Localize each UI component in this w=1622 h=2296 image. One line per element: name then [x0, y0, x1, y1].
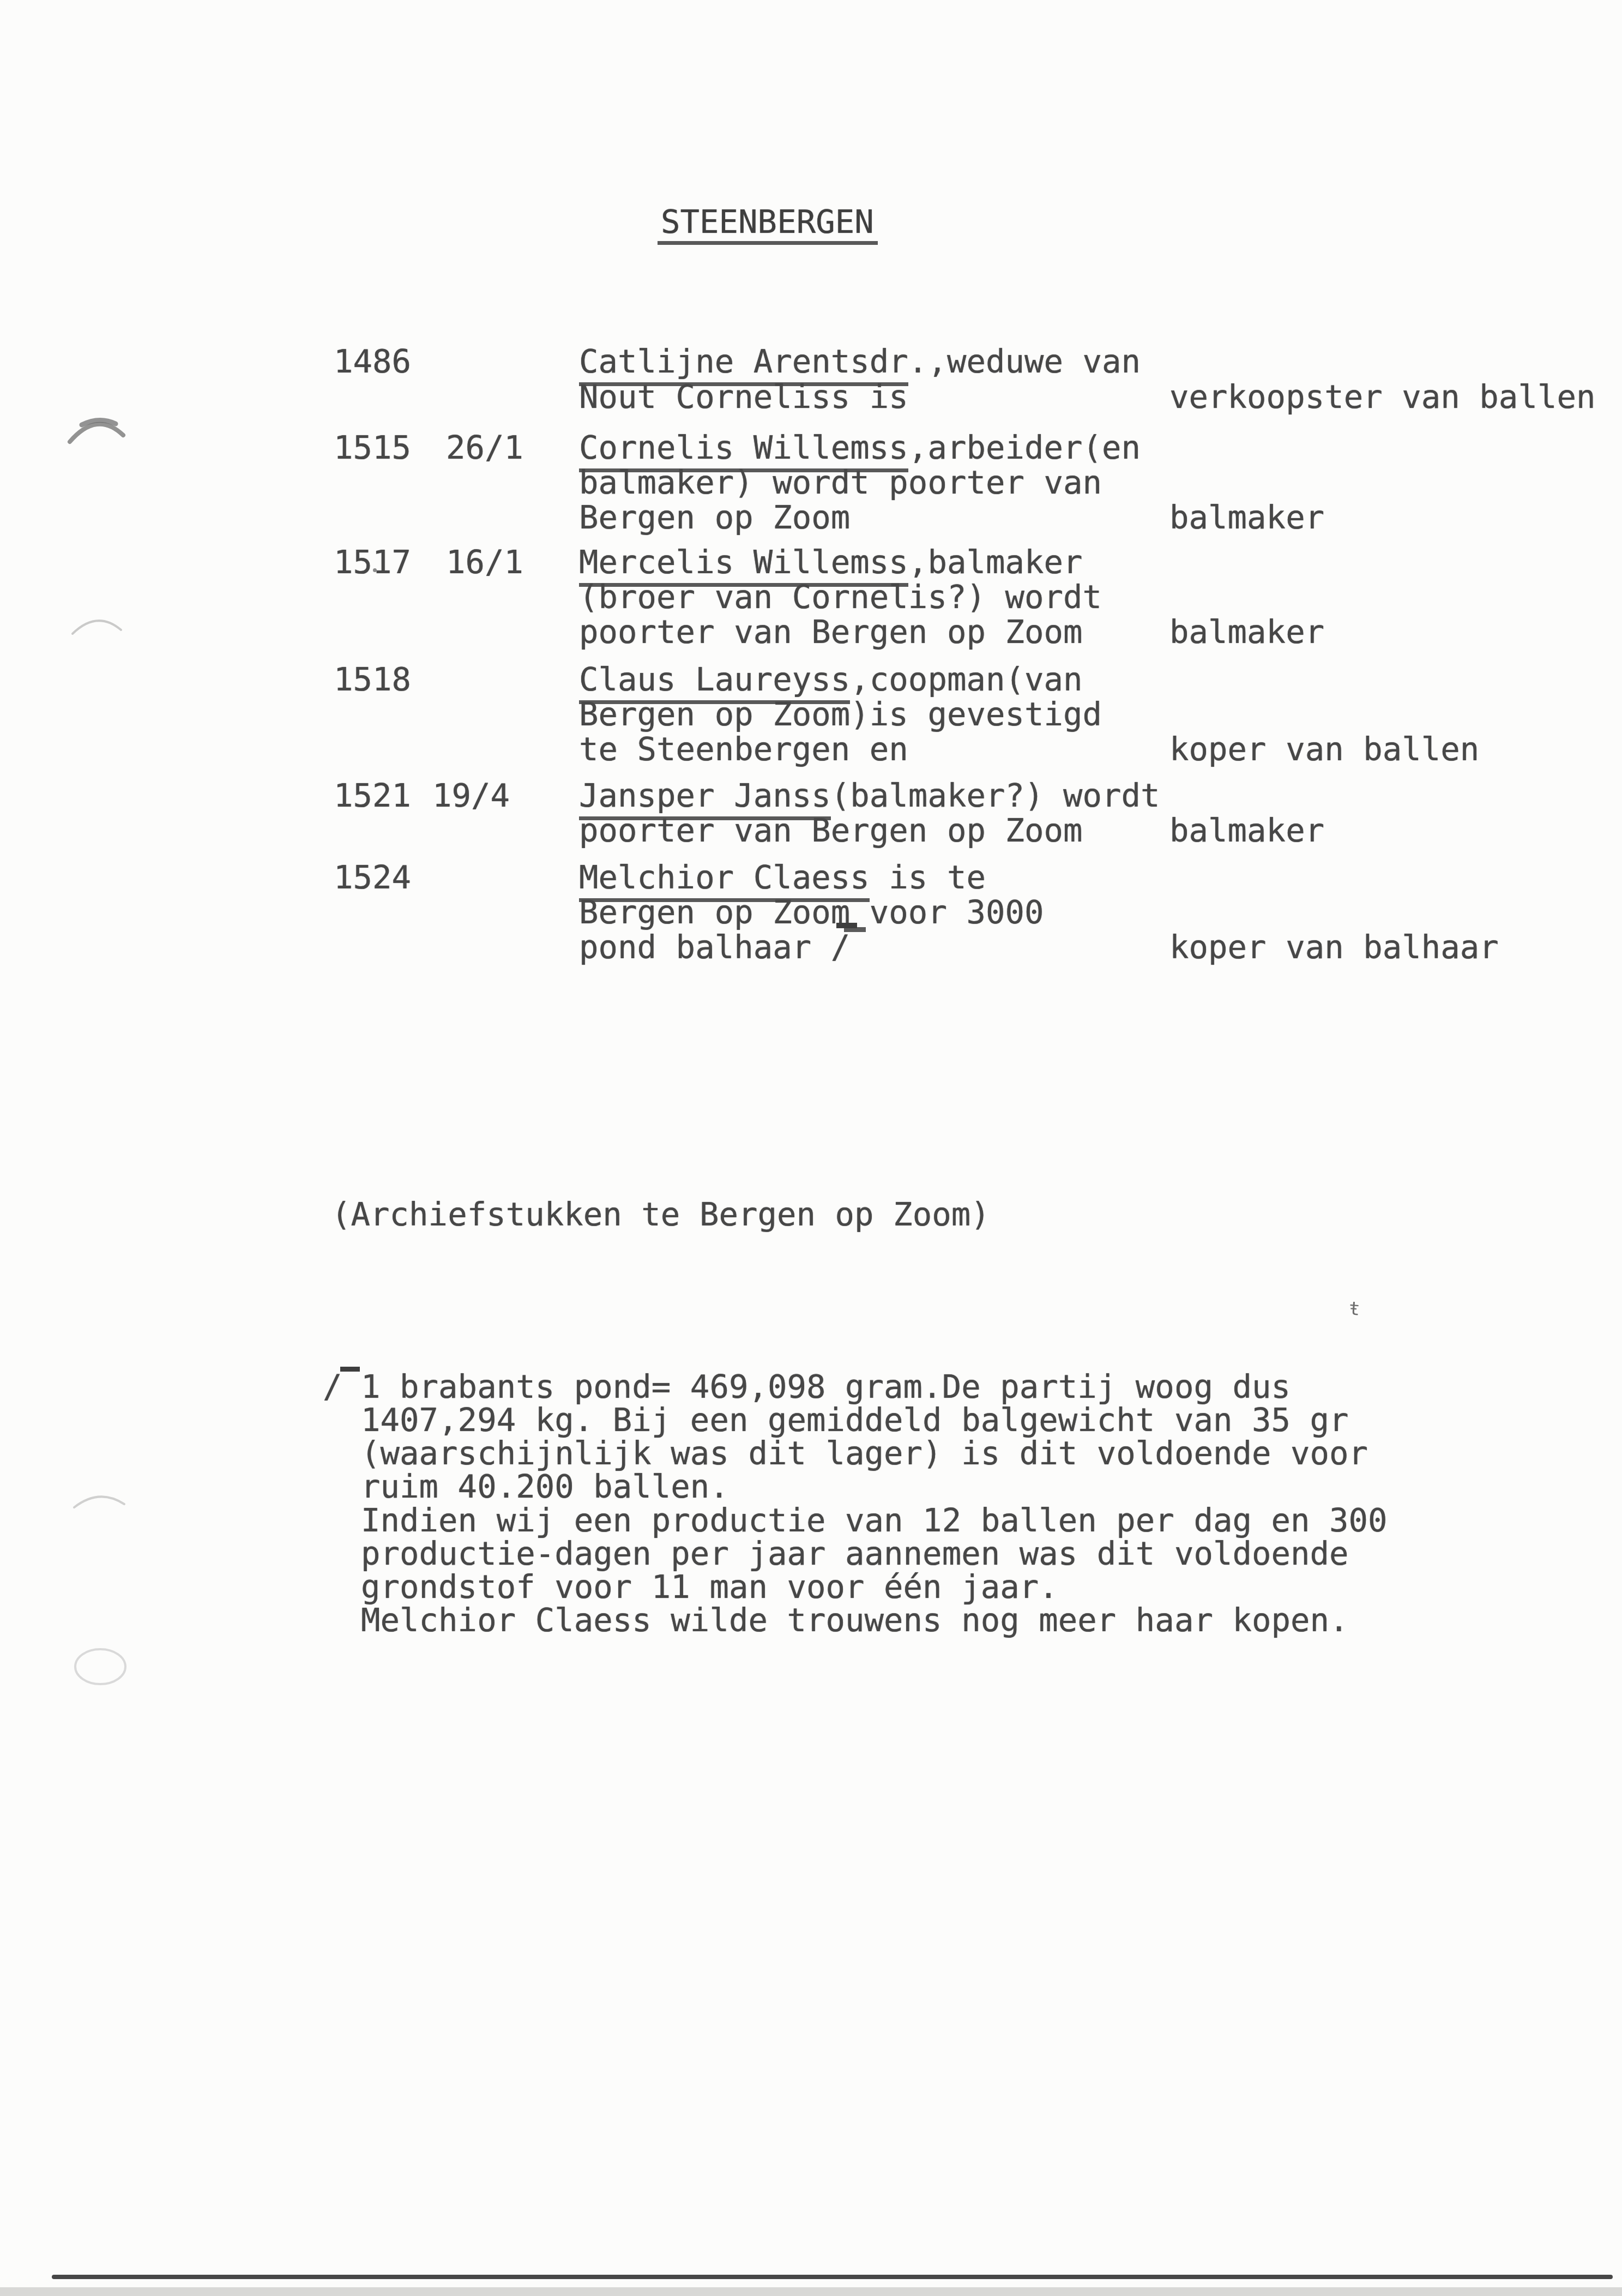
- ink-speck: [373, 568, 377, 572]
- bottom-scan-line: [52, 2275, 1613, 2279]
- title-underline: [658, 241, 878, 245]
- footnote-line: productie-dagen per jaar aannemen was di…: [361, 1537, 1349, 1571]
- entry-line: (broer van Cornelis?) wordt: [579, 580, 1102, 614]
- entry-text: ,coopman(van: [850, 660, 1082, 698]
- entry-text: .,weduwe van: [908, 342, 1141, 380]
- entry-qualifier: verkoopster van ballen: [1169, 380, 1595, 414]
- footnote-line: ruim 40.200 ballen.: [361, 1470, 729, 1504]
- footnote-line: 1407,294 kg. Bij een gemiddeld balgewich…: [361, 1403, 1349, 1437]
- entry-line: Bergen op Zoom voor 3000: [579, 895, 1044, 929]
- entry-date: 16/1: [446, 545, 523, 579]
- footnote-line: Melchior Claess wilde trouwens nog meer …: [361, 1603, 1349, 1637]
- entry-qualifier: koper van balhaar: [1169, 930, 1499, 964]
- footnote-line: 1 brabants pond= 469,098 gram.De partij …: [361, 1370, 1291, 1404]
- entry-year: 1518: [334, 663, 411, 696]
- footnote-line: grondstof voor 11 man voor één jaar.: [361, 1570, 1058, 1604]
- punch-hole-arc: [75, 1649, 125, 1684]
- entry-text: ,arbeider(en: [908, 429, 1141, 466]
- entry-year: 1524: [334, 861, 411, 894]
- archive-note: (Archiefstukken te Bergen op Zoom): [331, 1198, 990, 1231]
- entry-line: Bergen op Zoom: [579, 501, 850, 534]
- entry-qualifier: balmaker: [1169, 615, 1324, 649]
- entry-line: pond balhaar /: [579, 930, 850, 964]
- footnote-ref-mark: [836, 923, 857, 928]
- punch-hole-arc: [70, 424, 123, 442]
- entry-line: poorter van Bergen op Zoom: [579, 814, 1083, 848]
- entry-text: (balmaker?) wordt: [831, 777, 1160, 814]
- entry-date: 26/1: [446, 431, 523, 465]
- footnote-marker-macron: [340, 1367, 360, 1372]
- entry-year: 1486: [334, 345, 411, 378]
- footnote-marker: /: [323, 1370, 342, 1404]
- footnote-line: (waarschijnlijk was dit lager) is dit vo…: [361, 1436, 1368, 1470]
- page-title: STEENBERGEN: [661, 205, 874, 239]
- entry-year: 1517: [334, 545, 411, 579]
- scanned-document-page: STEENBERGEN 1486 Catlijne Arentsdr.,wedu…: [0, 0, 1622, 2296]
- entry-line: balmaker) wordt poorter van: [579, 466, 1102, 500]
- bottom-scan-edge: [0, 2287, 1622, 2296]
- entry-line: Mercelis Willemss,balmaker: [579, 545, 1083, 579]
- entry-year: 1521: [334, 779, 411, 813]
- entry-line: te Steenbergen en: [579, 732, 908, 766]
- entry-qualifier: balmaker: [1169, 814, 1324, 848]
- entry-text: ,balmaker: [908, 543, 1083, 581]
- entry-text: is te: [870, 858, 986, 896]
- entry-line: Claus Laureyss,coopman(van: [579, 663, 1083, 696]
- entry-qualifier: balmaker: [1169, 501, 1324, 534]
- entry-line: Cornelis Willemss,arbeider(en: [579, 431, 1141, 465]
- entry-line: Bergen op Zoom)is gevestigd: [579, 698, 1102, 731]
- entry-line: poorter van Bergen op Zoom: [579, 615, 1083, 649]
- entry-line: Jansper Janss(balmaker?) wordt: [579, 779, 1160, 813]
- entry-year: 1515: [334, 431, 411, 465]
- punch-hole-arc: [82, 420, 116, 425]
- entry-line: Nout Corneliss is: [579, 380, 908, 414]
- punch-hole-arc: [74, 1496, 124, 1507]
- ink-speck: ŧ: [1348, 1297, 1361, 1320]
- entry-qualifier: koper van ballen: [1169, 732, 1479, 766]
- entry-line: Melchior Claess is te: [579, 861, 986, 894]
- entry-line: Catlijne Arentsdr.,weduwe van: [579, 345, 1141, 378]
- punch-hole-arc: [73, 621, 121, 634]
- entry-date: 19/4: [432, 779, 510, 813]
- footnote-line: Indien wij een productie van 12 ballen p…: [361, 1504, 1388, 1537]
